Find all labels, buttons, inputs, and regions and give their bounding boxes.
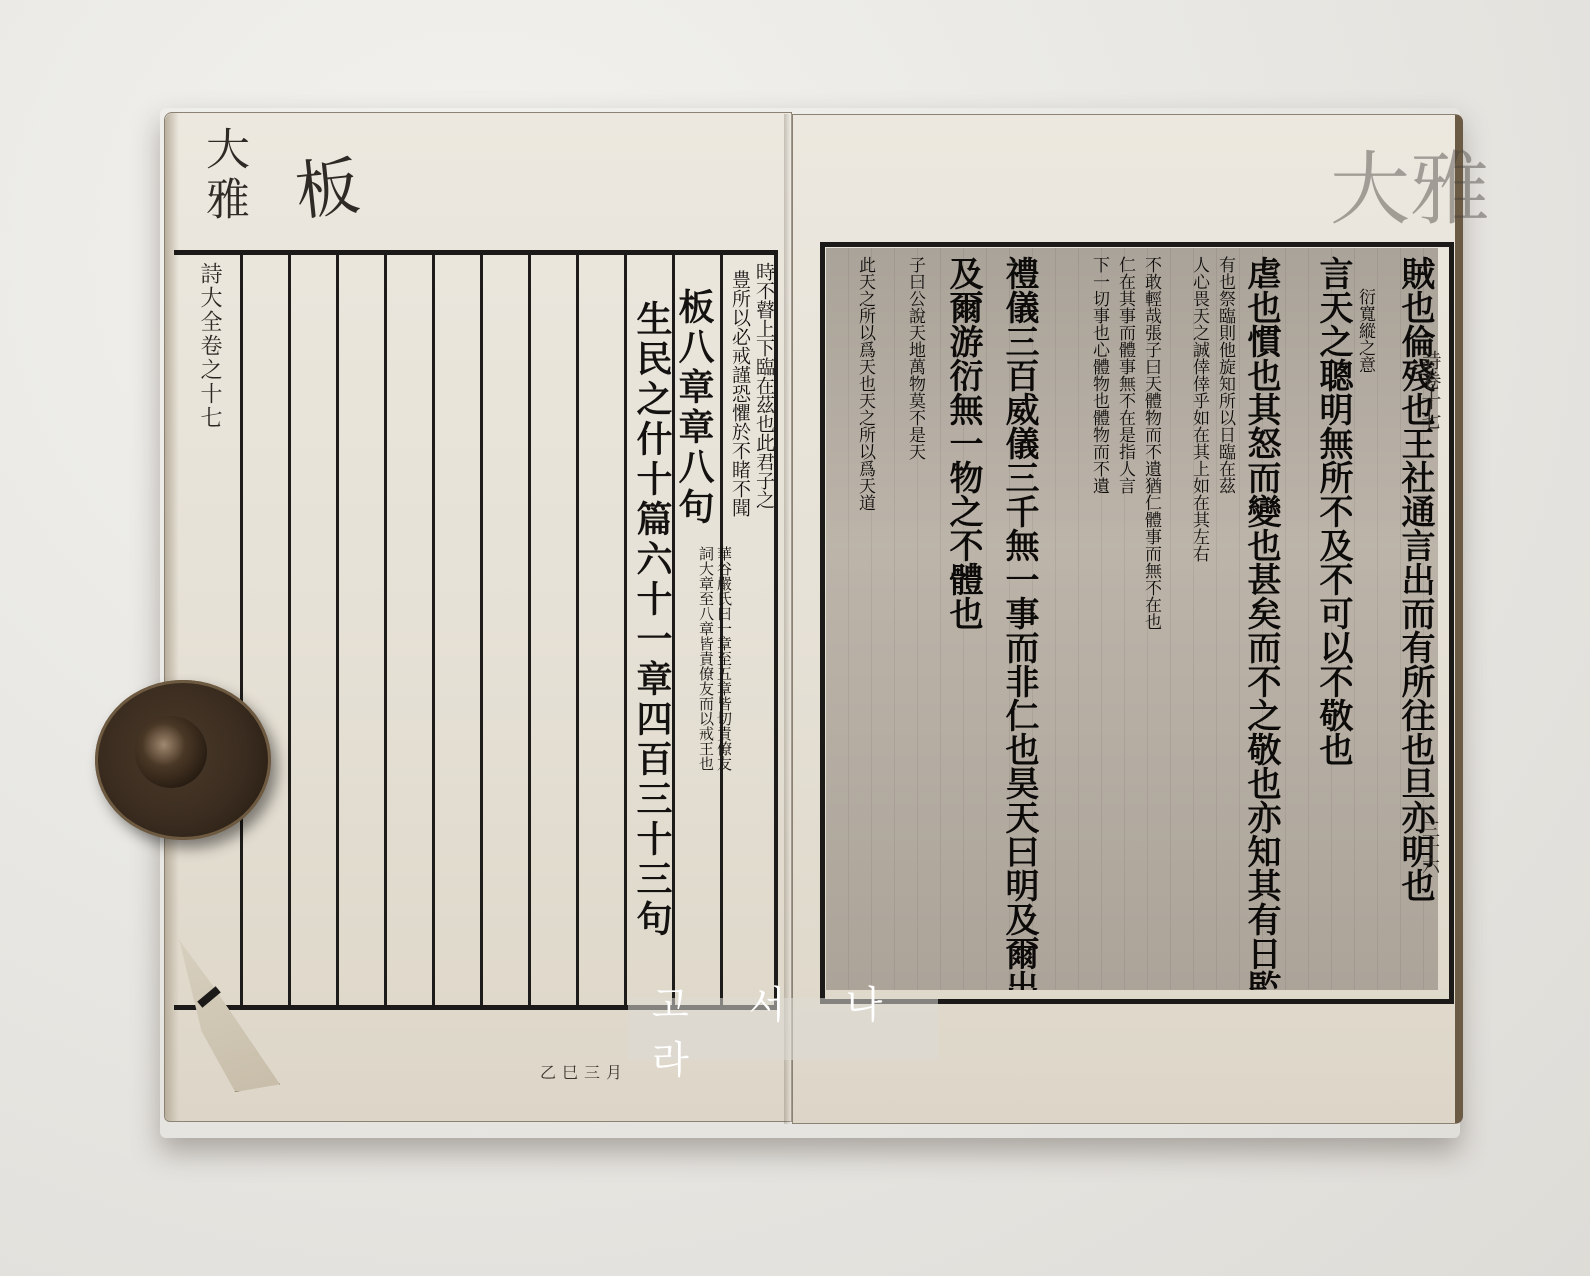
text-column: 人心畏天之誠倖倖乎如在其上如在其左右	[1190, 256, 1207, 562]
commentary-line: 豊所以必戒謹恐懼於不睹不聞	[730, 270, 749, 517]
right-text-block: 賊也倫殘也王社通言出而有所往也旦亦明也 言天之聰明無所不及不可以不敬也 衍寬縱之…	[826, 248, 1438, 990]
text-column: 仁在其事而體事無不在是指人言	[1116, 256, 1133, 494]
commentary-line: 詞大章至八章皆責僚友而以戒王也	[698, 546, 713, 771]
text-column: 言天之聰明無所不及不可以不敬也	[1316, 256, 1350, 766]
text-column: 禮儀三百威儀三千無一事而非仁也昊天曰明及爾出王昊天曰旦	[1002, 256, 1036, 990]
commentary-line: 時不瞽上下臨在茲也此君子之	[754, 262, 773, 509]
column-rule	[240, 255, 243, 1005]
watermark: 고 서 나 라	[628, 998, 938, 1060]
column-rule	[384, 255, 387, 1005]
column-rule	[336, 255, 339, 1005]
left-spine-title: 詩大全卷之十七	[198, 262, 220, 430]
column-rule	[624, 255, 627, 1005]
margin-scribble: 乙巳三月	[540, 1060, 628, 1083]
column-rule	[576, 255, 579, 1005]
page-number: 三十六	[1416, 820, 1442, 874]
text-column: 子曰公說天地萬物莫不是天	[906, 256, 923, 460]
weight-knob	[135, 716, 207, 788]
brass-book-weight	[95, 680, 271, 840]
text-column: 虐也慣也其怒而變也甚矣而不之敬也亦知其有日監	[1244, 256, 1278, 990]
main-heading: 板八章章八句	[676, 288, 712, 528]
right-spine-title: 詩卷十七	[1416, 350, 1445, 430]
closing-line: 生民之什十篇六十一章四百三十三句	[634, 300, 670, 940]
text-column: 有也祭臨則他旋知所以日臨在茲	[1216, 256, 1233, 494]
section-label: 大雅	[201, 126, 245, 226]
text-column: 此天之所以爲天也天之所以爲天道	[856, 256, 873, 511]
column-rule	[432, 255, 435, 1005]
text-column: 下一切事也心體物也體物而不遺	[1090, 256, 1107, 494]
commentary-line: 華谷嚴氏曰一章至五章皆切責僚友	[716, 546, 731, 771]
handwritten-label: 大雅 板	[195, 120, 435, 240]
text-column: 不敢輕哉張子曰天體物而不遺猶仁體事而無不在也	[1142, 256, 1159, 630]
column-rule	[288, 255, 291, 1005]
ode-title: 板	[290, 135, 363, 233]
ghost-title: 大雅	[1330, 125, 1490, 240]
column-rule	[528, 255, 531, 1005]
text-column: 衍寬縱之意	[1356, 288, 1373, 373]
book-photo: 大雅 板 詩大全卷之十七 板八章章八句 生民之什十篇六十一章四百三十三句 時不瞽…	[0, 0, 1590, 1276]
column-rule	[480, 255, 483, 1005]
text-column: 及爾游衍無一物之不體也	[946, 256, 980, 630]
